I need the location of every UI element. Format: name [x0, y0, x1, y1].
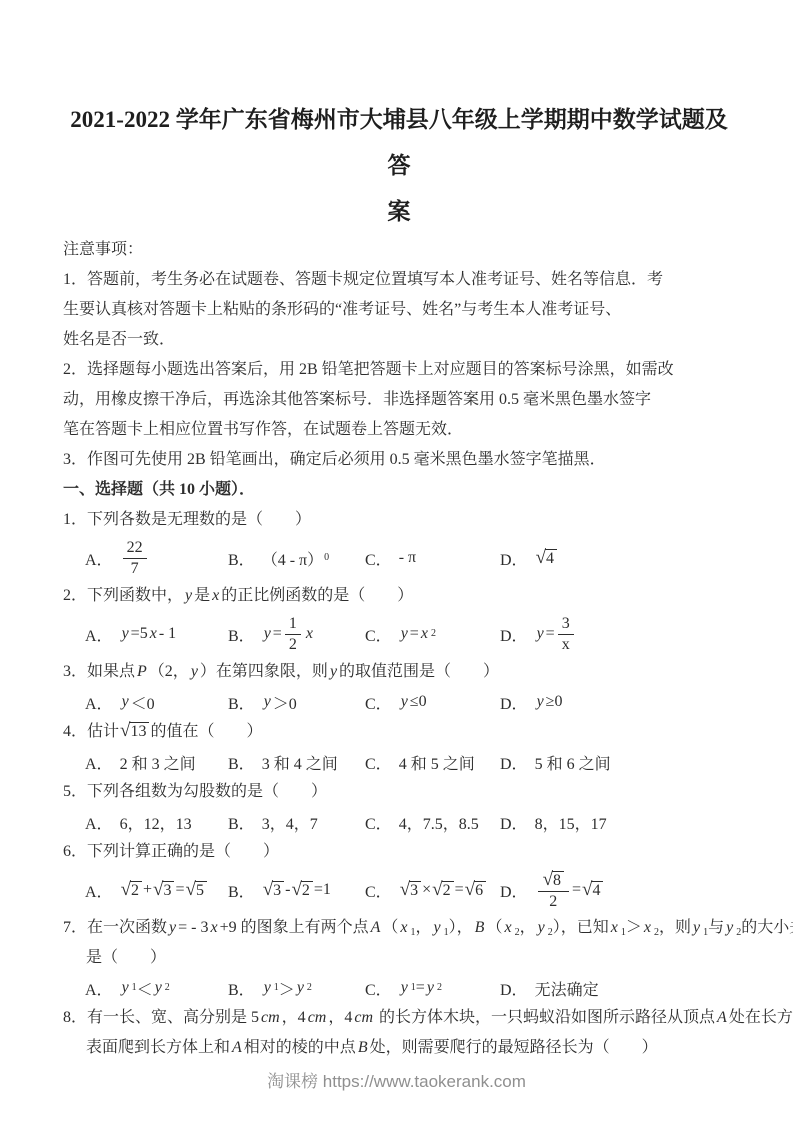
sqrt-expression: √13 — [120, 722, 149, 740]
math-variable: A — [371, 919, 381, 936]
text-run: = — [410, 625, 419, 643]
text-run: 的正比例函数的是（ ） — [221, 587, 413, 604]
question-6-option-D: D．√82=√4 — [500, 867, 604, 913]
option-label: C． — [365, 751, 392, 774]
fraction: √82 — [538, 871, 569, 910]
question-3-options: A．y＜0B．y＞0C．y≤0D．y≥0 — [63, 687, 735, 717]
notice-line-2: 生要认真核对答题卡上粘贴的条形码的“准考证号、姓名”与考生本人准考证号、 — [63, 295, 735, 325]
text-run: 6．下列计算正确的是（ ） — [63, 843, 279, 860]
math-variable: y — [537, 693, 544, 711]
text-run: ＞ — [626, 919, 642, 936]
question-3-stem-line-1: 3．如果点P（2，y）在第四象限，则y的取值范围是（ ） — [63, 657, 735, 687]
question-5: 5．下列各组数为勾股数的是（ ）A．6，12，13B．3，4，7C．4，7.5，… — [63, 777, 735, 837]
text-run: 3 — [562, 616, 570, 632]
radicand: 2 — [442, 881, 454, 898]
question-1-option-A: A．227 — [85, 535, 150, 581]
math-variable: x — [212, 587, 219, 604]
text-run: = — [546, 625, 555, 643]
question-7-option-D: D．无法确定 — [500, 973, 599, 1003]
question-1-option-B: B．（4 - π）0 — [228, 535, 329, 581]
question-2-stem-line-1: 2．下列函数中，y是x的正比例函数的是（ ） — [63, 581, 735, 611]
exam-page: 2021-2022 学年广东省梅州市大埔县八年级上学期期中数学试题及答 案 注意… — [0, 0, 793, 1122]
math-variable: y — [538, 919, 545, 936]
math-variable: x — [611, 919, 618, 936]
question-4-stem-line-1: 4．估计√13的值在（ ） — [63, 717, 735, 747]
radicand: 13 — [129, 722, 149, 739]
notice-heading: 注意事项： — [63, 235, 735, 265]
question-8: 8．有一长、宽、高分别是 5cm，4cm，4cm 的长方体木块，一只蚂蚁沿如图所… — [63, 1003, 735, 1063]
question-5-option-A: A．6，12，13 — [85, 807, 192, 837]
math-variable: cm — [354, 1009, 373, 1026]
question-5-option-C: C．4，7.5，8.5 — [365, 807, 479, 837]
text-run: 5 和 6 之间 — [535, 751, 611, 774]
question-2-option-A: A．y=5x - 1 — [85, 611, 176, 657]
question-4: 4．估计√13的值在（ ）A．2 和 3 之间B．3 和 4 之间C．4 和 5… — [63, 717, 735, 777]
radicand: 2 — [130, 881, 142, 898]
math-variable: y — [434, 919, 441, 936]
math-variable: y — [726, 919, 733, 936]
radicand: 3 — [409, 881, 421, 898]
fraction-numerator: 1 — [285, 616, 301, 635]
sqrt-expression: √5 — [186, 881, 207, 899]
text-run: ＜0 — [131, 691, 155, 714]
math-variable: y — [401, 979, 408, 997]
math-variable: y — [122, 693, 129, 711]
option-label: A． — [85, 547, 113, 570]
math-variable: y — [330, 663, 337, 680]
text-run: 22 — [127, 540, 143, 556]
question-5-option-B: B．3，4，7 — [228, 807, 318, 837]
text-run: =5 — [131, 625, 148, 643]
question-3-option-C: C．y≤0 — [365, 687, 427, 717]
fraction-numerator: √8 — [538, 871, 569, 892]
text-run: ≥0 — [546, 693, 563, 711]
question-4-options: A．2 和 3 之间B．3 和 4 之间C．4 和 5 之间D．5 和 6 之间 — [63, 747, 735, 777]
radicand: 4 — [545, 549, 557, 566]
option-label: B． — [228, 751, 255, 774]
option-label: D． — [500, 751, 528, 774]
text-run: 3，4，7 — [262, 811, 318, 834]
radicand: 5 — [195, 881, 207, 898]
math-variable: x — [150, 625, 157, 643]
math-variable: x — [400, 919, 407, 936]
math-variable: y — [297, 979, 304, 997]
fraction-numerator: 3 — [558, 616, 574, 635]
footer-site-link[interactable]: 淘课榜 https://www.taokerank.com — [267, 1072, 526, 1091]
math-variable: x — [210, 919, 217, 936]
text-run: 3．如果点 — [63, 663, 135, 680]
text-run: ≤0 — [410, 693, 427, 711]
question-6-stem-line-1: 6．下列计算正确的是（ ） — [63, 837, 735, 867]
text-run: × — [422, 881, 431, 899]
math-variable: x — [644, 919, 651, 936]
option-label: B． — [228, 623, 255, 646]
math-variable: B — [358, 1039, 368, 1056]
text-run: = — [455, 881, 464, 899]
math-variable: y — [264, 979, 271, 997]
option-label: B． — [228, 811, 255, 834]
sqrt-expression: √6 — [465, 881, 486, 899]
sqrt-expression: √3 — [153, 881, 174, 899]
text-run: 是（ ） — [86, 949, 166, 966]
notice-line-6: 笔在答题卡上相应位置书写作答，在试题卷上答题无效． — [63, 415, 735, 445]
option-label: B． — [228, 977, 255, 1000]
math-variable: y — [264, 625, 271, 643]
text-run: 2 — [289, 637, 297, 653]
question-1-stem-line-1: 1．下列各数是无理数的是（ ） — [63, 505, 735, 535]
notice-line-7: 3．作图可先使用 2B 铅笔画出，确定后必须用 0.5 毫米黑色墨水签字笔描黑． — [63, 445, 735, 475]
math-variable: P — [137, 663, 147, 680]
text-run: 2 和 3 之间 — [120, 751, 196, 774]
text-run: 处，则需要爬行的最短路径长为（ ） — [370, 1039, 658, 1056]
text-run: （ — [382, 919, 398, 936]
option-label: D． — [500, 879, 528, 902]
notice-line-1: 1．答题前，考生务必在试题卷、答题卡规定位置填写本人准考证号、姓名等信息．考 — [63, 265, 735, 295]
text-run: 3 和 4 之间 — [262, 751, 338, 774]
option-label: B． — [228, 547, 255, 570]
question-6-options: A．√2+√3=√5B．√3 - √2=1C．√3×√2=√6D．√82=√4 — [63, 867, 735, 913]
text-run: 处在长方体的 — [729, 1009, 793, 1026]
question-2: 2．下列函数中，y是x的正比例函数的是（ ）A．y=5x - 1B．y=12xC… — [63, 581, 735, 657]
math-variable: cm — [308, 1009, 327, 1026]
text-run: =1 — [314, 881, 331, 899]
text-run: 1．下列各数是无理数的是（ ） — [63, 511, 311, 528]
fraction-numerator: 22 — [123, 540, 147, 559]
question-5-options: A．6，12，13B．3，4，7C．4，7.5，8.5D．8，15，17 — [63, 807, 735, 837]
option-label: B． — [228, 691, 255, 714]
question-4-option-C: C．4 和 5 之间 — [365, 747, 475, 777]
math-variable: x — [306, 625, 313, 643]
math-variable: y — [401, 693, 408, 711]
text-run: 的长方体木块，一只蚂蚁沿如图所示路径从顶点 — [375, 1009, 715, 1026]
math-variable: y — [401, 625, 408, 643]
fraction: 12 — [285, 616, 301, 653]
text-run: ，4 — [328, 1009, 352, 1026]
text-run: 5．下列各组数为勾股数的是（ ） — [63, 783, 327, 800]
notice-line-3: 姓名是否一致． — [63, 325, 735, 355]
math-variable: x — [421, 625, 428, 643]
fraction-denominator: 2 — [289, 635, 297, 653]
sqrt-expression: √2 — [432, 881, 453, 899]
text-run: 与 — [708, 919, 724, 936]
option-label: A． — [85, 977, 113, 1000]
fraction-denominator: x — [562, 635, 570, 653]
text-run: 4．估计 — [63, 723, 119, 740]
question-6-option-C: C．√3×√2=√6 — [365, 867, 487, 913]
radicand: 6 — [474, 881, 486, 898]
question-3-option-B: B．y＞0 — [228, 687, 297, 717]
option-label: D． — [500, 977, 528, 1000]
text-run: 相对的棱的中点 — [244, 1039, 356, 1056]
math-variable: y — [122, 625, 129, 643]
question-7-option-B: B．y1＞y2 — [228, 973, 312, 1003]
radicand: 8 — [552, 871, 564, 888]
text-run: 的取值范围是（ ） — [339, 663, 499, 680]
text-run: ，4 — [282, 1009, 306, 1026]
radicand: 2 — [301, 881, 313, 898]
text-run: （ — [486, 919, 502, 936]
option-label: C． — [365, 691, 392, 714]
text-run: 表面爬到长方体上和 — [86, 1039, 230, 1056]
math-variable: B — [475, 919, 485, 936]
text-run: - π — [399, 549, 416, 567]
text-run: ＜ — [137, 977, 153, 1000]
question-2-option-D: D．y=3x — [500, 611, 577, 657]
text-run: = — [572, 881, 581, 899]
text-run: 7 — [131, 561, 139, 577]
option-label: C． — [365, 879, 392, 902]
option-label: C． — [365, 547, 392, 570]
question-2-options: A．y=5x - 1B．y=12xC．y=x2D．y=3x — [63, 611, 735, 657]
text-run: = — [175, 881, 184, 899]
text-run: 的值在（ ） — [150, 723, 262, 740]
question-2-option-C: C．y=x2 — [365, 611, 436, 657]
text-run: x — [562, 637, 570, 653]
radicand: 4 — [591, 881, 603, 898]
question-5-stem-line-1: 5．下列各组数为勾股数的是（ ） — [63, 777, 735, 807]
option-label: D． — [500, 811, 528, 834]
math-variable: A — [232, 1039, 242, 1056]
question-2-option-B: B．y=12x — [228, 611, 315, 657]
option-label: C． — [365, 811, 392, 834]
question-4-option-B: B．3 和 4 之间 — [228, 747, 338, 777]
option-label: A． — [85, 879, 113, 902]
text-run: ＞0 — [273, 691, 297, 714]
question-6-option-A: A．√2+√3=√5 — [85, 867, 208, 913]
sqrt-expression: √2 — [121, 881, 142, 899]
question-7-option-C: C．y1=y2 — [365, 973, 442, 1003]
exam-title-line1: 2021-2022 学年广东省梅州市大埔县八年级上学期期中数学试题及答 — [63, 97, 735, 189]
option-label: A． — [85, 811, 113, 834]
text-run: ）在第四象限，则 — [200, 663, 328, 680]
page-footer: 淘课榜 https://www.taokerank.com — [0, 1067, 793, 1092]
text-run: 8．有一长、宽、高分别是 5 — [63, 1009, 259, 1026]
text-run: ，则 — [659, 919, 691, 936]
text-run: 是 — [194, 587, 210, 604]
sqrt-expression: √3 — [400, 881, 421, 899]
option-label: A． — [85, 691, 113, 714]
sqrt-expression: √3 — [263, 881, 284, 899]
option-label: C． — [365, 623, 392, 646]
question-7-option-A: A．y1＜y2 — [85, 973, 170, 1003]
text-run: 1 — [289, 616, 297, 632]
fraction: 227 — [123, 540, 147, 577]
question-6-option-B: B．√3 - √2=1 — [228, 867, 331, 913]
section-heading: 一、选择题（共 10 小题）． — [63, 475, 735, 505]
text-run: +9 的图象上有两个点 — [220, 919, 369, 936]
fraction-denominator: 7 — [131, 559, 139, 577]
math-variable: y — [693, 919, 700, 936]
question-1: 1．下列各数是无理数的是（ ）A．227B．（4 - π）0C．- πD．√4 — [63, 505, 735, 581]
exam-title-line2: 案 — [63, 189, 735, 235]
math-variable: y — [155, 979, 162, 997]
question-5-option-D: D．8，15，17 — [500, 807, 607, 837]
option-label: D． — [500, 691, 528, 714]
sqrt-expression: √2 — [291, 881, 312, 899]
text-run: 8，15，17 — [535, 811, 607, 834]
text-run: = - 3 — [178, 919, 208, 936]
question-7-options: A．y1＜y2B．y1＞y2C．y1=y2D．无法确定 — [63, 973, 735, 1003]
notice-section: 注意事项： 1．答题前，考生务必在试题卷、答题卡规定位置填写本人准考证号、姓名等… — [63, 235, 735, 475]
math-variable: y — [122, 979, 129, 997]
text-run: （2， — [149, 663, 189, 680]
question-3-option-A: A．y＜0 — [85, 687, 155, 717]
text-run: + — [143, 881, 152, 899]
option-label: C． — [365, 977, 392, 1000]
option-label: D． — [500, 547, 528, 570]
math-variable: A — [717, 1009, 727, 1026]
question-1-options: A．227B．（4 - π）0C．- πD．√4 — [63, 535, 735, 581]
math-variable: y — [169, 919, 176, 936]
option-label: D． — [500, 623, 528, 646]
sqrt-expression: √8 — [543, 871, 564, 889]
math-variable: y — [185, 587, 192, 604]
notice-lines: 1．答题前，考生务必在试题卷、答题卡规定位置填写本人准考证号、姓名等信息．考生要… — [63, 265, 735, 475]
text-run: 6，12，13 — [120, 811, 192, 834]
text-run: 2．下列函数中， — [63, 587, 183, 604]
math-variable: cm — [261, 1009, 280, 1026]
text-run: 的大小关系 — [741, 919, 793, 936]
radicand: 3 — [272, 881, 284, 898]
text-run: = — [273, 625, 282, 643]
text-run: - — [285, 881, 290, 899]
text-run: 4 和 5 之间 — [399, 751, 475, 774]
math-variable: y — [191, 663, 198, 680]
math-variable: y — [427, 979, 434, 997]
fraction: 3x — [558, 616, 574, 653]
notice-line-5: 动，用橡皮擦干净后，再选涂其他答案标号．非选择题答案用 0.5 毫米黑色墨水签字 — [63, 385, 735, 415]
question-6: 6．下列计算正确的是（ ）A．√2+√3=√5B．√3 - √2=1C．√3×√… — [63, 837, 735, 913]
text-run: = — [416, 979, 425, 997]
option-label: A． — [85, 623, 113, 646]
question-4-option-A: A．2 和 3 之间 — [85, 747, 196, 777]
question-4-option-D: D．5 和 6 之间 — [500, 747, 611, 777]
text-run: （4 - π） — [262, 547, 323, 570]
option-label: A． — [85, 751, 113, 774]
option-label: B． — [228, 879, 255, 902]
math-variable: x — [504, 919, 511, 936]
text-run: ），已知 — [553, 919, 609, 936]
text-run: ， — [520, 919, 536, 936]
text-run: 无法确定 — [535, 977, 599, 1000]
question-3: 3．如果点P（2，y）在第四象限，则y的取值范围是（ ）A．y＜0B．y＞0C．… — [63, 657, 735, 717]
text-run: ， — [416, 919, 432, 936]
math-variable: y — [537, 625, 544, 643]
question-3-option-D: D．y≥0 — [500, 687, 562, 717]
questions-list: 1．下列各数是无理数的是（ ）A．227B．（4 - π）0C．- πD．√42… — [63, 505, 735, 1063]
math-variable: y — [264, 693, 271, 711]
exam-title: 2021-2022 学年广东省梅州市大埔县八年级上学期期中数学试题及答 案 — [63, 97, 735, 235]
radicand: 3 — [162, 881, 174, 898]
notice-line-4: 2．选择题每小题选出答案后，用 2B 铅笔把答题卡上对应题目的答案标号涂黑，如需… — [63, 355, 735, 385]
question-1-option-C: C．- π — [365, 535, 416, 581]
question-1-option-D: D．√4 — [500, 535, 558, 581]
text-run: ）， — [449, 919, 473, 936]
question-7: 7．在一次函数y= - 3x+9 的图象上有两个点A（x1，y1），B（x2，y… — [63, 913, 735, 1003]
sqrt-expression: √4 — [582, 881, 603, 899]
text-run: 7．在一次函数 — [63, 919, 167, 936]
sqrt-expression: √4 — [536, 549, 557, 567]
question-8-stem-line-2: 表面爬到长方体上和A相对的棱的中点B处，则需要爬行的最短路径长为（ ） — [63, 1033, 735, 1063]
question-8-stem-line-1: 8．有一长、宽、高分别是 5cm，4cm，4cm 的长方体木块，一只蚂蚁沿如图所… — [63, 1003, 735, 1033]
fraction-denominator: 2 — [549, 892, 557, 910]
question-7-stem-line-2: 是（ ） — [63, 943, 735, 973]
text-run: 2 — [549, 894, 557, 910]
question-7-stem-line-1: 7．在一次函数y= - 3x+9 的图象上有两个点A（x1，y1），B（x2，y… — [63, 913, 735, 943]
text-run: - 1 — [159, 625, 176, 643]
text-run: ＞ — [279, 977, 295, 1000]
text-run: 4，7.5，8.5 — [399, 811, 479, 834]
